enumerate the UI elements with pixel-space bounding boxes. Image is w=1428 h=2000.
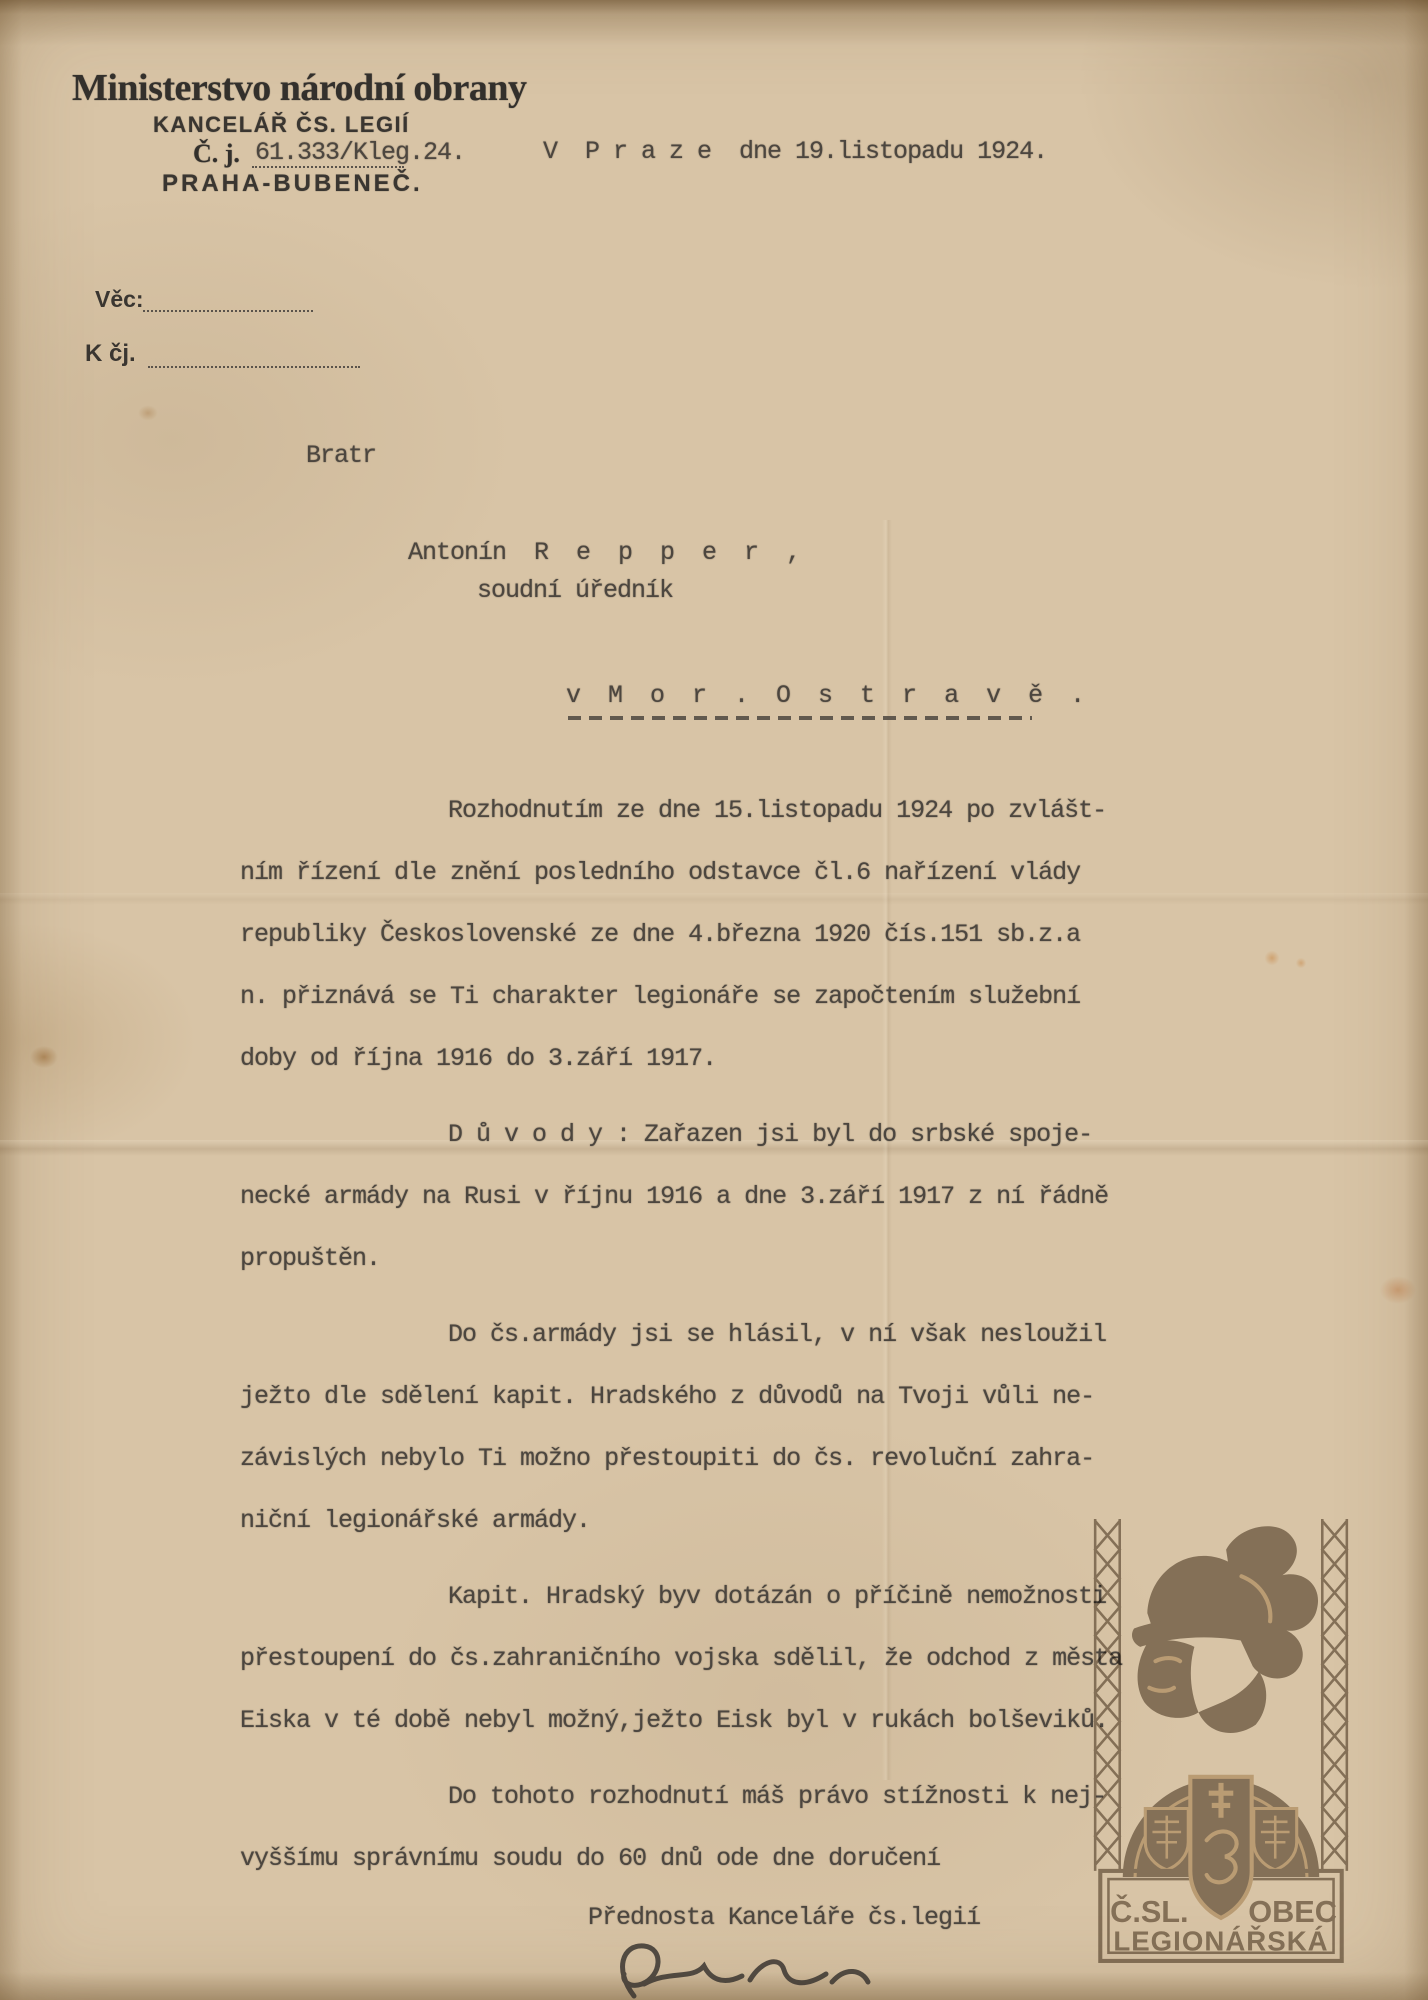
city-district: PRAHA-BUBENEČ. (162, 170, 423, 198)
body-line: Kapit. Hradský byv dotázán o příčině nem… (240, 1584, 1120, 1646)
reference-dotted-rule (252, 166, 404, 168)
paragraph: D ů v o d y : Zařazen jsi byl do srbské … (240, 1122, 1120, 1308)
salutation: Bratr (306, 443, 376, 468)
body-line: Rozhodnutím ze dne 15.listopadu 1924 po … (240, 798, 1120, 860)
paragraph: Rozhodnutím ze dne 15.listopadu 1924 po … (240, 798, 1120, 1108)
office-subtitle: KANCELÁŘ ČS. LEGIÍ (153, 112, 410, 138)
date-line: V P r a z e dne 19.listopadu 1924. (543, 139, 1047, 164)
letter-document: Ministerstvo národní obrany KANCELÁŘ ČS.… (0, 0, 1428, 2000)
paragraph: Do čs.armády jsi se hlásil, v ní však ne… (240, 1322, 1120, 1570)
paragraph: Do tohoto rozhodnutí máš právo stížnosti… (240, 1784, 1120, 1908)
handwritten-signature (600, 1936, 940, 2000)
body-line: niční legionářské armády. (240, 1508, 1120, 1570)
body-line: přestoupení do čs.zahraničního vojska sd… (240, 1646, 1120, 1708)
body-line: D ů v o d y : Zařazen jsi byl do srbské … (240, 1122, 1120, 1184)
eagle-shield-left-icon (1145, 1809, 1188, 1870)
lion-cross-shield-icon (1190, 1777, 1251, 1918)
legion-emblem-watermark: Č.SL. OBEC LEGIONÁŘSKÁ (1088, 1516, 1354, 1968)
reference-number-label: Č. j. (193, 139, 240, 169)
subject-label: Věc: (95, 286, 144, 313)
body-line: republiky Československé ze dne 4.března… (240, 922, 1120, 984)
eagle-shield-right-icon (1254, 1809, 1297, 1870)
signature-title: Přednosta Kanceláře čs.legií (588, 1905, 980, 1930)
ministry-title: Ministerstvo národní obrany (72, 66, 527, 110)
paragraph: Kapit. Hradský byv dotázán o příčině nem… (240, 1584, 1120, 1770)
related-ref-label: K čj. (85, 340, 136, 368)
body: Rozhodnutím ze dne 15.listopadu 1924 po … (240, 798, 1120, 1908)
body-line: Do čs.armády jsi se hlásil, v ní však ne… (240, 1322, 1120, 1384)
body-line: ním řízení dle znění posledního odstavce… (240, 860, 1120, 922)
watermark-text-csl: Č.SL. (1110, 1893, 1188, 1929)
addressee-city: v M o r . O s t r a v ě . (566, 683, 1084, 708)
body-line: propuštěn. (240, 1246, 1120, 1308)
addressee-name: Antonín R e p p e r , (408, 540, 800, 565)
body-line: ježto dle sdělení kapit. Hradského z dův… (240, 1384, 1120, 1446)
body-line: doby od října 1916 do 3.září 1917. (240, 1046, 1120, 1108)
addressee-city-underline (568, 716, 1032, 720)
subject-dotted-rule (143, 310, 313, 312)
related-ref-dotted-rule (148, 366, 360, 368)
legionnaire-head-icon (1132, 1526, 1318, 1733)
addressee-occupation: soudní úředník (477, 578, 673, 603)
body-line: vyššímu správnímu soudu do 60 dnů ode dn… (240, 1846, 1120, 1908)
watermark-text-legionarska: LEGIONÁŘSKÁ (1113, 1926, 1328, 1957)
body-line: Eiska v té době nebyl možný,ježto Eisk b… (240, 1708, 1120, 1770)
body-line: n. přiznává se Ti charakter legionáře se… (240, 984, 1120, 1046)
body-line: necké armády na Rusi v říjnu 1916 a dne … (240, 1184, 1120, 1246)
watermark-text-obec: OBEC (1248, 1894, 1337, 1929)
reference-number-value: 61.333/Kleg.24. (255, 140, 465, 165)
body-line: závislých nebylo Ti možno přestoupiti do… (240, 1446, 1120, 1508)
body-line: Do tohoto rozhodnutí máš právo stížnosti… (240, 1784, 1120, 1846)
